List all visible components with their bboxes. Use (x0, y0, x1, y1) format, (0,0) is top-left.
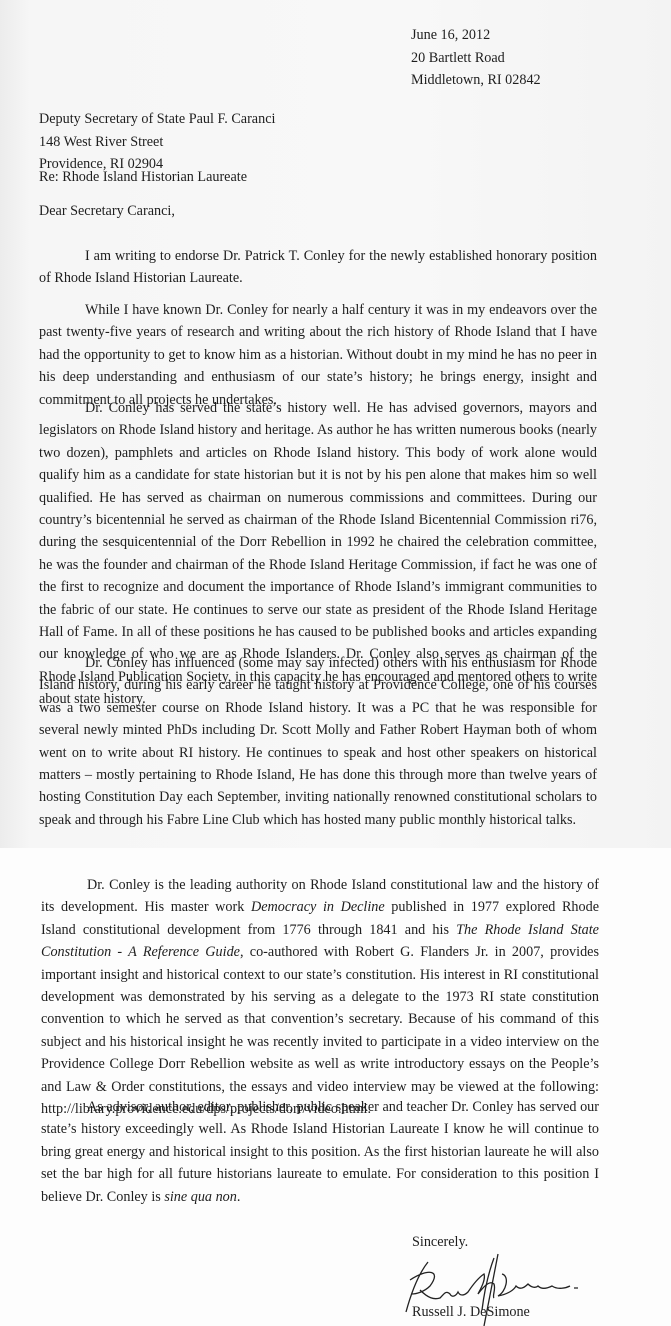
paragraph-2: While I have known Dr. Conley for nearly… (39, 299, 597, 411)
sender-city: Middletown, RI 02842 (411, 69, 541, 92)
recipient-street: 148 West River Street (39, 131, 597, 154)
letter-date: June 16, 2012 (411, 24, 541, 47)
paragraph-1-text: I am writing to endorse Dr. Patrick T. C… (39, 245, 597, 290)
paragraph-1: I am writing to endorse Dr. Patrick T. C… (39, 245, 597, 290)
salutation: Dear Secretary Caranci, (39, 200, 597, 222)
paragraph-4-text: Dr. Conley has influenced (some may say … (39, 652, 597, 831)
paragraph-2-text: While I have known Dr. Conley for nearly… (39, 299, 597, 411)
sender-street: 20 Bartlett Road (411, 47, 541, 70)
p5-part-c: , co-authored with Robert G. Flanders Jr… (41, 944, 599, 1117)
paragraph-5: Dr. Conley is the leading authority on R… (41, 874, 599, 1120)
sender-block: June 16, 2012 20 Bartlett Road Middletow… (411, 24, 541, 92)
signature-name: Russell J. DeSimone (412, 1304, 530, 1321)
letter-page: June 16, 2012 20 Bartlett Road Middletow… (0, 0, 671, 1326)
paragraph-6: As advisor, author, editor, publisher, p… (41, 1096, 599, 1208)
closing: Sincerely. (412, 1234, 468, 1251)
paragraph-5-text: Dr. Conley is the leading authority on R… (41, 874, 599, 1120)
p6-part-a: As advisor, author, editor, publisher, p… (41, 1099, 599, 1205)
latin-phrase: sine qua non (164, 1189, 237, 1205)
recipient-name: Deputy Secretary of State Paul F. Caranc… (39, 108, 597, 131)
book-title-democracy-in-decline: Democracy in Decline (251, 899, 385, 915)
paragraph-6-text: As advisor, author, editor, publisher, p… (41, 1096, 599, 1208)
paragraph-4: Dr. Conley has influenced (some may say … (39, 652, 597, 831)
p6-end: . (237, 1189, 241, 1205)
subject-line: Re: Rhode Island Historian Laureate (39, 166, 597, 188)
